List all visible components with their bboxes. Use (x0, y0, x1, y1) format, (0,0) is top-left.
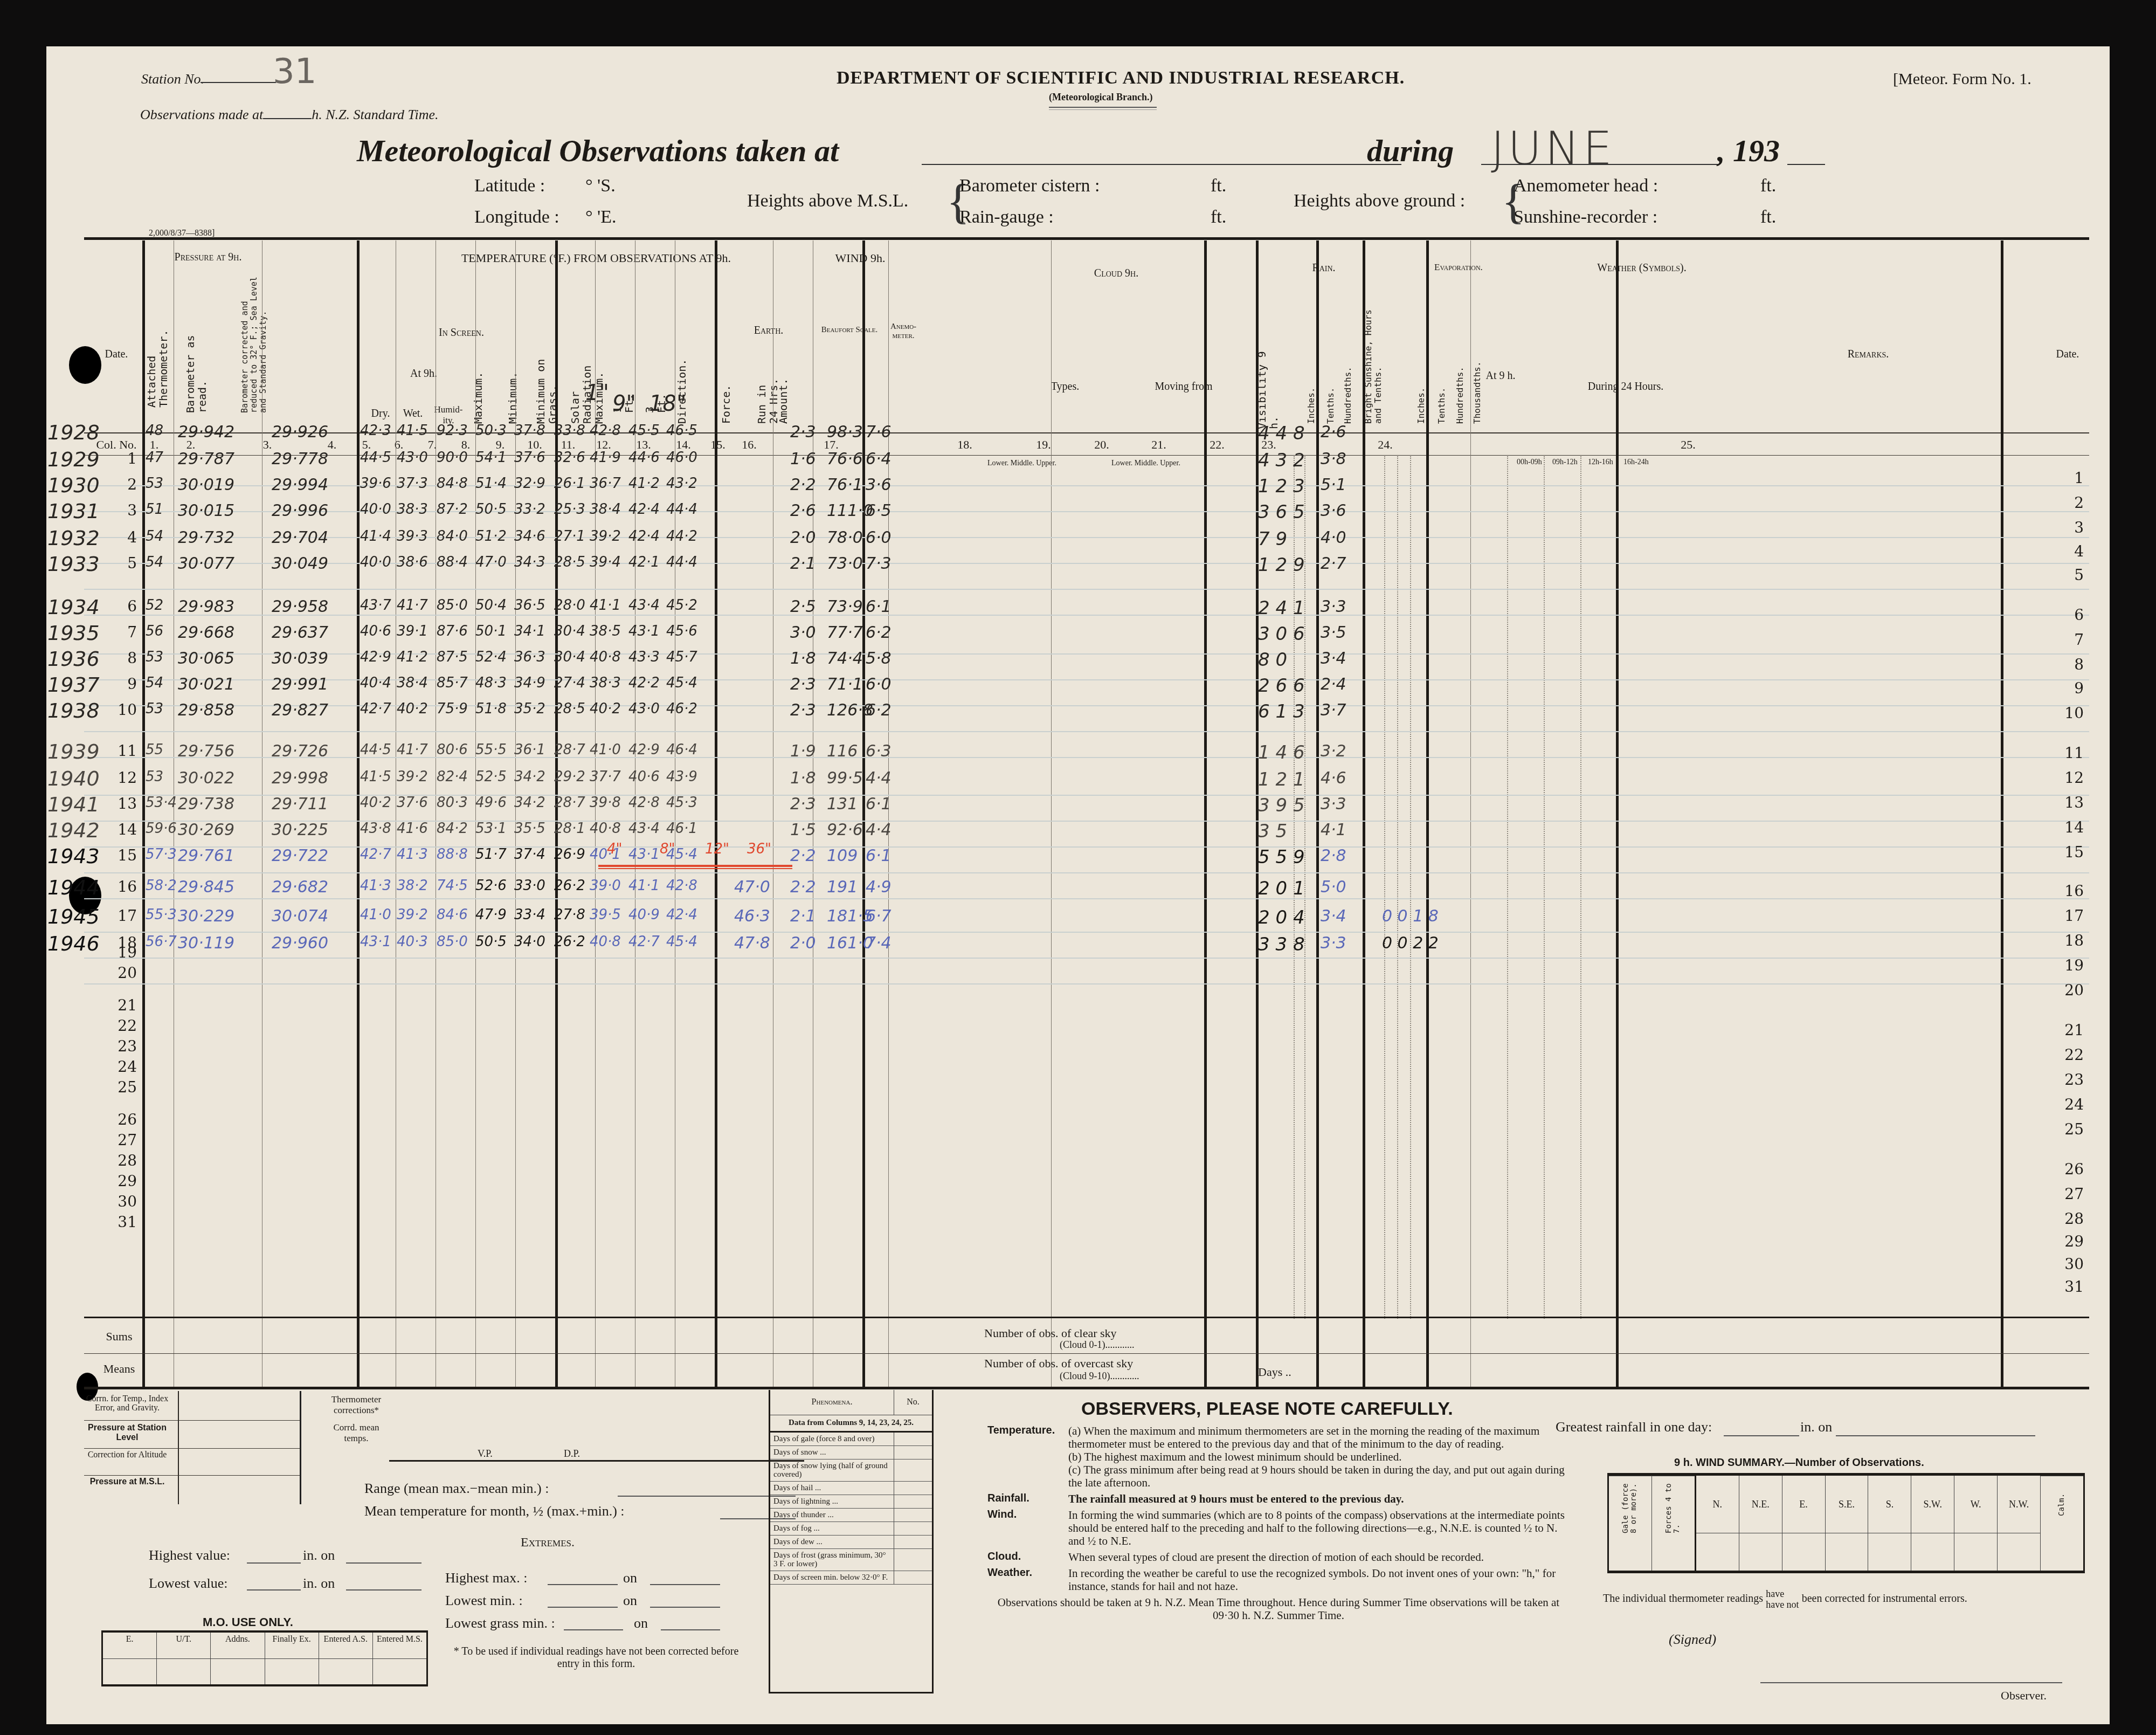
cell-col-3[interactable]: 29·726 (272, 742, 328, 761)
cell-col-11[interactable]: 42·2 (628, 675, 660, 691)
cell-col-1[interactable]: 52 (146, 597, 163, 614)
cell-col-9[interactable]: 28·0 (554, 597, 585, 614)
cell-col-12[interactable]: 42·4 (666, 907, 697, 923)
cell-col-10[interactable]: 41·0 (590, 742, 621, 758)
phenomena-count[interactable] (894, 1433, 932, 1445)
cell-col-5[interactable]: 39·2 (397, 907, 428, 923)
cell-col-11[interactable]: 40·6 (628, 769, 660, 785)
cell-col-4[interactable]: 41·5 (360, 769, 391, 785)
cell-col-15[interactable]: 99·5 (827, 769, 863, 788)
cell-col-16[interactable]: 6·0 (866, 675, 892, 694)
cell-col-11[interactable]: 43·3 (628, 649, 660, 665)
cell-col-12[interactable]: 43·9 (666, 769, 697, 785)
phenomena-count[interactable] (894, 1522, 932, 1535)
cell-col-5[interactable]: 41·6 (397, 821, 428, 837)
cell-col-4[interactable]: 40·6 (360, 623, 391, 639)
cell-col-12[interactable]: 42·8 (666, 878, 697, 894)
highest-max-date[interactable] (650, 1584, 720, 1585)
cell-col-22[interactable]: 0 0 1 8 (1382, 907, 1439, 926)
cell-col-15[interactable]: 74·4 (827, 649, 863, 668)
cell-col-13[interactable]: 47·8 (734, 934, 770, 953)
cell-col-7[interactable]: 51·4 (475, 476, 507, 492)
cell-col-20[interactable]: 1 4 6 (1258, 742, 1305, 763)
cell-col-1[interactable]: 59·6 (146, 821, 177, 837)
cell-col-8[interactable]: 36·1 (514, 742, 545, 758)
cell-col-5[interactable]: 38·2 (397, 878, 428, 894)
cell-col-21[interactable]: 2·8 (1321, 846, 1346, 865)
cell-col-8[interactable]: 36·3 (514, 649, 545, 665)
cell-col-3[interactable]: 30·074 (272, 907, 328, 926)
cell-col-4[interactable]: 41·3 (360, 878, 391, 894)
cell-col-21[interactable]: 3·5 (1321, 623, 1346, 642)
cell-col-3[interactable]: 29·682 (272, 878, 328, 897)
cell-col-10[interactable]: 39·8 (590, 795, 621, 811)
cell-col-7[interactable]: 55·5 (475, 742, 507, 758)
cell-col-16[interactable]: 4·9 (866, 878, 892, 897)
cell-col-6[interactable]: 84·6 (437, 907, 468, 923)
signature-field[interactable] (1760, 1682, 2062, 1683)
cell-col-11[interactable]: 41·1 (628, 878, 660, 894)
cell-col-15[interactable]: 191 (827, 878, 858, 897)
cell-col-4[interactable]: 42·9 (360, 649, 391, 665)
cell-col-7[interactable]: 50·1 (475, 623, 507, 639)
cell-col-6[interactable]: 85·0 (437, 597, 468, 614)
cell-col-3[interactable]: 29·711 (272, 795, 328, 814)
wind-summary-cell[interactable]: Forces 4 to 7. (1652, 1476, 1696, 1571)
wind-summary-cell[interactable]: E. (1782, 1476, 1826, 1571)
mo-use-cell[interactable]: U/T. (157, 1633, 211, 1684)
wind-summary-cell[interactable]: Gale (force 8 or more). (1609, 1476, 1652, 1571)
cell-col-4[interactable]: 40·2 (360, 795, 391, 811)
cell-col-8[interactable]: 34·2 (514, 769, 545, 785)
cell-col-1[interactable]: 54 (146, 528, 163, 545)
cell-col-6[interactable]: 87·5 (437, 649, 468, 665)
cell-col-11[interactable]: 42·7 (628, 934, 660, 950)
mo-use-cell[interactable]: Addns. (211, 1633, 265, 1684)
greatest-rainfall-field[interactable] (1724, 1435, 1799, 1436)
cell-col-16[interactable]: 6·2 (866, 623, 892, 642)
cell-col-1[interactable]: 56 (146, 623, 163, 639)
phenomena-count[interactable] (894, 1495, 932, 1508)
mo-use-cell[interactable]: E. (103, 1633, 157, 1684)
cell-col-4[interactable]: 44·5 (360, 450, 391, 466)
cell-col-10[interactable]: 39·2 (590, 528, 621, 545)
cell-col-2[interactable]: 30·022 (178, 769, 234, 788)
cell-col-12[interactable]: 45·4 (666, 675, 697, 691)
cell-col-5[interactable]: 39·2 (397, 769, 428, 785)
have-have-not[interactable]: havehave not (1766, 1588, 1799, 1610)
cell-col-14[interactable]: 2·2 (790, 878, 816, 897)
cell-col-5[interactable]: 37·6 (397, 795, 428, 811)
cell-col-10[interactable]: 41·9 (590, 450, 621, 466)
cell-col-1[interactable]: 53 (146, 476, 163, 492)
cell-col-20[interactable]: 5 5 9 (1258, 846, 1305, 868)
cell-col-3[interactable]: 29·827 (272, 701, 328, 720)
cell-col-3[interactable]: 30·049 (272, 554, 328, 573)
cell-col-5[interactable]: 37·3 (397, 476, 428, 492)
cell-col-14[interactable]: 2·3 (790, 701, 816, 720)
lowest-min-date[interactable] (650, 1607, 720, 1608)
cell-col-21[interactable]: 3·6 (1321, 501, 1346, 520)
cell-col-13[interactable]: 46·3 (734, 907, 770, 926)
cell-col-4[interactable]: 42·7 (360, 846, 391, 863)
wind-summary-cell[interactable]: S.W. (1911, 1476, 1954, 1571)
cell-col-10[interactable]: 36·7 (590, 476, 621, 492)
cell-col-9[interactable]: 28·7 (554, 795, 585, 811)
cell-col-15[interactable]: 73·9 (827, 597, 863, 616)
phenomena-count[interactable] (894, 1482, 932, 1495)
cell-col-2[interactable]: 30·021 (178, 675, 234, 694)
cell-col-1[interactable]: 53 (146, 701, 163, 717)
cell-col-4[interactable]: 44·5 (360, 742, 391, 758)
cell-col-16[interactable]: 6·2 (866, 701, 892, 720)
cell-col-20[interactable]: 2 0 4 (1258, 907, 1305, 928)
highest-value-date[interactable] (346, 1562, 421, 1564)
cell-col-12[interactable]: 46·2 (666, 701, 697, 717)
cell-col-8[interactable]: 33·0 (514, 878, 545, 894)
lowest-value-date[interactable] (346, 1589, 421, 1591)
cell-col-15[interactable]: 73·0 (827, 554, 863, 573)
cell-col-8[interactable]: 35·5 (514, 821, 545, 837)
cell-col-6[interactable]: 87·6 (437, 623, 468, 639)
cell-col-5[interactable]: 41·3 (397, 846, 428, 863)
cell-col-20[interactable]: 6 1 3 (1258, 701, 1305, 722)
cell-col-10[interactable]: 37·7 (590, 769, 621, 785)
cell-col-11[interactable]: 43·4 (628, 821, 660, 837)
cell-col-12[interactable]: 46·0 (666, 450, 697, 466)
cell-col-9[interactable]: 28·5 (554, 554, 585, 570)
cell-col-6[interactable]: 90·0 (437, 450, 468, 466)
cell-col-1[interactable]: 53·4 (146, 795, 177, 811)
cell-col-16[interactable]: 5·8 (866, 649, 892, 668)
cell-col-20[interactable]: 4 4 8 (1258, 423, 1305, 444)
cell-col-12[interactable]: 46·4 (666, 742, 697, 758)
cell-col-4[interactable]: 43·1 (360, 934, 391, 950)
cell-col-6[interactable]: 85·0 (437, 934, 468, 950)
cell-col-16[interactable]: 7·6 (866, 423, 892, 442)
cell-col-21[interactable]: 3·2 (1321, 742, 1346, 761)
cell-col-1[interactable]: 56·7 (146, 934, 177, 950)
cell-col-11[interactable]: 43·1 (628, 623, 660, 639)
cell-col-14[interactable]: 2·1 (790, 554, 816, 573)
cell-col-9[interactable]: 32·6 (554, 450, 585, 466)
cell-col-15[interactable]: 116 (827, 742, 858, 761)
cell-col-12[interactable]: 46·1 (666, 821, 697, 837)
cell-col-10[interactable]: 40·8 (590, 649, 621, 665)
cell-col-9[interactable]: 28·5 (554, 701, 585, 717)
cell-col-21[interactable]: 3·3 (1321, 597, 1346, 616)
cell-col-8[interactable]: 36·5 (514, 597, 545, 614)
cell-col-11[interactable]: 42·9 (628, 742, 660, 758)
cell-col-12[interactable]: 44·4 (666, 554, 697, 570)
cell-col-10[interactable]: 39·5 (590, 907, 621, 923)
cell-col-2[interactable]: 30·269 (178, 821, 234, 839)
cell-col-9[interactable]: 26·2 (554, 878, 585, 894)
cell-col-10[interactable]: 40·2 (590, 701, 621, 717)
cell-col-6[interactable]: 80·6 (437, 742, 468, 758)
cell-col-7[interactable]: 52·5 (475, 769, 507, 785)
cell-col-12[interactable]: 45·6 (666, 623, 697, 639)
cell-col-7[interactable]: 54·1 (475, 450, 507, 466)
cell-col-6[interactable]: 88·4 (437, 554, 468, 570)
cell-col-14[interactable]: 1·6 (790, 450, 816, 469)
cell-col-13[interactable]: 47·0 (734, 878, 770, 897)
cell-col-5[interactable]: 43·0 (397, 450, 428, 466)
cell-col-7[interactable]: 47·0 (475, 554, 507, 570)
cell-col-9[interactable]: 30·4 (554, 623, 585, 639)
cell-col-20[interactable]: 1 2 3 (1258, 476, 1305, 497)
phenomena-count[interactable] (894, 1571, 932, 1584)
lowest-value-field[interactable] (247, 1589, 301, 1591)
cell-col-10[interactable]: 40·8 (590, 934, 621, 950)
cell-col-5[interactable]: 39·1 (397, 623, 428, 639)
cell-col-3[interactable]: 29·991 (272, 675, 328, 694)
cell-col-3[interactable]: 30·039 (272, 649, 328, 668)
cell-col-5[interactable]: 41·5 (397, 423, 428, 439)
cell-col-7[interactable]: 48·3 (475, 675, 507, 691)
cell-col-9[interactable]: 26·1 (554, 476, 585, 492)
cell-col-14[interactable]: 2·6 (790, 501, 816, 520)
cell-col-2[interactable]: 30·119 (178, 934, 234, 953)
cell-col-2[interactable]: 29·732 (178, 528, 234, 547)
cell-col-14[interactable]: 2·2 (790, 476, 816, 494)
cell-col-11[interactable]: 43·4 (628, 597, 660, 614)
cell-col-2[interactable]: 30·077 (178, 554, 234, 573)
month-field[interactable]: JUNE (1491, 122, 1615, 176)
cell-col-9[interactable]: 28·7 (554, 742, 585, 758)
cell-col-21[interactable]: 3·3 (1321, 795, 1346, 814)
cell-col-5[interactable]: 41·7 (397, 742, 428, 758)
year-field[interactable] (1787, 164, 1825, 165)
station-number[interactable]: 31 (273, 52, 316, 92)
cell-col-2[interactable]: 29·845 (178, 878, 234, 897)
cell-col-7[interactable]: 50·4 (475, 597, 507, 614)
cell-col-16[interactable]: 4·4 (866, 769, 892, 788)
cell-col-3[interactable]: 29·926 (272, 423, 328, 442)
cell-col-10[interactable]: 40·8 (590, 821, 621, 837)
cell-col-1[interactable]: 58·2 (146, 878, 177, 894)
cell-col-9[interactable]: 26·9 (554, 846, 585, 863)
cell-col-6[interactable]: 75·9 (437, 701, 468, 717)
cell-col-4[interactable]: 41·0 (360, 907, 391, 923)
cell-col-8[interactable]: 37·4 (514, 846, 545, 863)
cell-col-9[interactable]: 27·4 (554, 675, 585, 691)
cell-col-2[interactable]: 30·015 (178, 501, 234, 520)
have-option[interactable]: have (1766, 1588, 1784, 1599)
cell-col-8[interactable]: 34·1 (514, 623, 545, 639)
cell-col-6[interactable]: 80·3 (437, 795, 468, 811)
cell-col-14[interactable]: 2·5 (790, 597, 816, 616)
wind-summary-cell[interactable]: S. (1868, 1476, 1911, 1571)
cell-col-7[interactable]: 52·6 (475, 878, 507, 894)
cell-col-6[interactable]: 85·7 (437, 675, 468, 691)
cell-col-2[interactable]: 29·942 (178, 423, 234, 442)
cell-col-14[interactable]: 1·5 (790, 821, 816, 839)
cell-col-11[interactable]: 45·5 (628, 423, 660, 439)
cell-col-9[interactable]: 30·4 (554, 649, 585, 665)
cell-col-20[interactable]: 1 2 1 (1258, 769, 1305, 790)
cell-col-7[interactable]: 47·9 (475, 907, 507, 923)
cell-col-6[interactable]: 84·2 (437, 821, 468, 837)
cell-col-11[interactable]: 42·8 (628, 795, 660, 811)
cell-col-20[interactable]: 2 0 1 (1258, 878, 1305, 899)
cell-col-10[interactable]: 39·4 (590, 554, 621, 570)
cell-col-4[interactable]: 39·6 (360, 476, 391, 492)
cell-col-16[interactable]: 6·4 (866, 450, 892, 469)
cell-col-4[interactable]: 40·0 (360, 554, 391, 570)
cell-col-4[interactable]: 43·8 (360, 821, 391, 837)
cell-col-7[interactable]: 51·2 (475, 528, 507, 545)
cell-col-7[interactable]: 51·7 (475, 846, 507, 863)
cell-col-12[interactable]: 45·7 (666, 649, 697, 665)
cell-col-20[interactable]: 3 3 8 (1258, 934, 1305, 955)
cell-col-8[interactable]: 33·4 (514, 907, 545, 923)
cell-col-16[interactable]: 7·4 (866, 934, 892, 953)
cell-col-9[interactable]: 25·3 (554, 501, 585, 518)
highest-max-field[interactable] (548, 1584, 618, 1585)
cell-col-3[interactable]: 29·722 (272, 846, 328, 865)
cell-col-7[interactable]: 51·8 (475, 701, 507, 717)
cell-col-4[interactable]: 42·3 (360, 423, 391, 439)
cell-col-14[interactable]: 2·3 (790, 423, 816, 442)
cell-col-21[interactable]: 4·6 (1321, 769, 1346, 788)
cell-col-2[interactable]: 30·019 (178, 476, 234, 494)
cell-col-16[interactable]: 6·3 (866, 742, 892, 761)
cell-col-16[interactable]: 6·7 (866, 907, 892, 926)
cell-col-11[interactable]: 42·1 (628, 554, 660, 570)
cell-col-14[interactable]: 2·3 (790, 795, 816, 814)
wind-summary-cell[interactable]: Calm. (2041, 1476, 2083, 1571)
cell-col-1[interactable]: 47 (146, 450, 163, 466)
cell-col-10[interactable]: 42·8 (590, 423, 621, 439)
cell-col-14[interactable]: 2·3 (790, 675, 816, 694)
cell-col-5[interactable]: 39·3 (397, 528, 428, 545)
cell-col-2[interactable]: 30·065 (178, 649, 234, 668)
have-not-option[interactable]: have not (1766, 1599, 1799, 1610)
cell-col-3[interactable]: 29·998 (272, 769, 328, 788)
cell-col-7[interactable]: 52·4 (475, 649, 507, 665)
cell-col-12[interactable]: 43·2 (666, 476, 697, 492)
mo-use-cell[interactable]: Finally Ex. (265, 1633, 319, 1684)
cell-col-15[interactable]: 109 (827, 846, 858, 865)
lowest-grass-field[interactable] (564, 1629, 623, 1630)
cell-col-9[interactable]: 26·2 (554, 934, 585, 950)
cell-col-12[interactable]: 45·4 (666, 934, 697, 950)
phenomena-count[interactable] (894, 1509, 932, 1521)
cell-col-5[interactable]: 40·3 (397, 934, 428, 950)
cell-col-21[interactable]: 3·8 (1321, 450, 1346, 469)
cell-col-8[interactable]: 35·2 (514, 701, 545, 717)
cell-col-15[interactable]: 71·1 (827, 675, 863, 694)
cell-col-2[interactable]: 29·858 (178, 701, 234, 720)
obs-time-field[interactable] (263, 118, 312, 119)
cell-col-8[interactable]: 34·2 (514, 795, 545, 811)
cell-col-22[interactable]: 0 0 2 2 (1382, 934, 1439, 953)
cell-col-1[interactable]: 57·3 (146, 846, 177, 863)
cell-col-10[interactable]: 38·3 (590, 675, 621, 691)
cell-col-16[interactable]: 6·5 (866, 501, 892, 520)
mo-use-cell[interactable]: Entered A.S. (319, 1633, 373, 1684)
cell-col-8[interactable]: 32·9 (514, 476, 545, 492)
cell-col-14[interactable]: 2·2 (790, 846, 816, 865)
cell-col-16[interactable]: 6·1 (866, 795, 892, 814)
cell-col-20[interactable]: 3 6 5 (1258, 501, 1305, 523)
cell-col-9[interactable]: 28·1 (554, 821, 585, 837)
cell-col-7[interactable]: 53·1 (475, 821, 507, 837)
cell-col-11[interactable]: 42·4 (628, 501, 660, 518)
cell-col-20[interactable]: 7 9 (1258, 528, 1287, 550)
cell-col-16[interactable]: 4·4 (866, 821, 892, 839)
cell-col-3[interactable]: 29·778 (272, 450, 328, 469)
cell-col-2[interactable]: 29·756 (178, 742, 234, 761)
cell-col-6[interactable]: 88·8 (437, 846, 468, 863)
cell-col-3[interactable]: 29·958 (272, 597, 328, 616)
cell-col-8[interactable]: 33·2 (514, 501, 545, 518)
cell-col-3[interactable]: 29·704 (272, 528, 328, 547)
wind-summary-cell[interactable]: N.E. (1739, 1476, 1782, 1571)
phenomena-count[interactable] (894, 1446, 932, 1459)
cell-col-20[interactable]: 2 6 6 (1258, 675, 1305, 697)
cell-col-6[interactable]: 84·0 (437, 528, 468, 545)
cell-col-14[interactable]: 1·8 (790, 769, 816, 788)
cell-col-20[interactable]: 8 0 (1258, 649, 1287, 671)
cell-col-21[interactable]: 3·4 (1321, 907, 1346, 926)
cell-col-21[interactable]: 4·0 (1321, 528, 1346, 547)
cell-col-6[interactable]: 82·4 (437, 769, 468, 785)
cell-col-1[interactable]: 53 (146, 649, 163, 665)
cell-col-11[interactable]: 40·9 (628, 907, 660, 923)
cell-col-15[interactable]: 98·3 (827, 423, 863, 442)
cell-col-9[interactable]: 33·8 (554, 423, 585, 439)
cell-col-7[interactable]: 50·3 (475, 423, 507, 439)
cell-col-21[interactable]: 5·1 (1321, 476, 1346, 494)
cell-col-2[interactable]: 29·738 (178, 795, 234, 814)
cell-col-8[interactable]: 34·0 (514, 934, 545, 950)
cell-col-21[interactable]: 3·3 (1321, 934, 1346, 953)
greatest-rainfall-date[interactable] (1836, 1435, 2035, 1436)
cell-col-4[interactable]: 40·4 (360, 675, 391, 691)
cell-col-20[interactable]: 2 4 1 (1258, 597, 1305, 619)
cell-col-1[interactable]: 54 (146, 554, 163, 570)
cell-col-8[interactable]: 34·6 (514, 528, 545, 545)
cell-col-12[interactable]: 44·4 (666, 501, 697, 518)
cell-col-8[interactable]: 37·6 (514, 450, 545, 466)
cell-col-1[interactable]: 48 (146, 423, 163, 439)
cell-col-4[interactable]: 43·7 (360, 597, 391, 614)
phenomena-count[interactable] (894, 1549, 932, 1571)
cell-col-5[interactable]: 38·3 (397, 501, 428, 518)
cell-col-5[interactable]: 38·4 (397, 675, 428, 691)
cell-col-21[interactable]: 5·0 (1321, 878, 1346, 897)
cell-col-10[interactable]: 38·4 (590, 501, 621, 518)
cell-col-20[interactable]: 3 0 6 (1258, 623, 1305, 645)
cell-col-6[interactable]: 84·8 (437, 476, 468, 492)
cell-col-11[interactable]: 42·4 (628, 528, 660, 545)
cell-col-16[interactable]: 6·1 (866, 846, 892, 865)
cell-col-10[interactable]: 38·5 (590, 623, 621, 639)
cell-col-7[interactable]: 49·6 (475, 795, 507, 811)
cell-col-5[interactable]: 38·6 (397, 554, 428, 570)
cell-col-21[interactable]: 2·7 (1321, 554, 1346, 573)
cell-col-14[interactable]: 1·8 (790, 649, 816, 668)
cell-col-1[interactable]: 55 (146, 742, 163, 758)
cell-col-15[interactable]: 92·6 (827, 821, 863, 839)
cell-col-1[interactable]: 55·3 (146, 907, 177, 923)
mo-use-cell[interactable]: Entered M.S. (373, 1633, 426, 1684)
cell-col-9[interactable]: 27·1 (554, 528, 585, 545)
cell-col-3[interactable]: 29·996 (272, 501, 328, 520)
cell-col-20[interactable]: 3 5 (1258, 821, 1287, 842)
